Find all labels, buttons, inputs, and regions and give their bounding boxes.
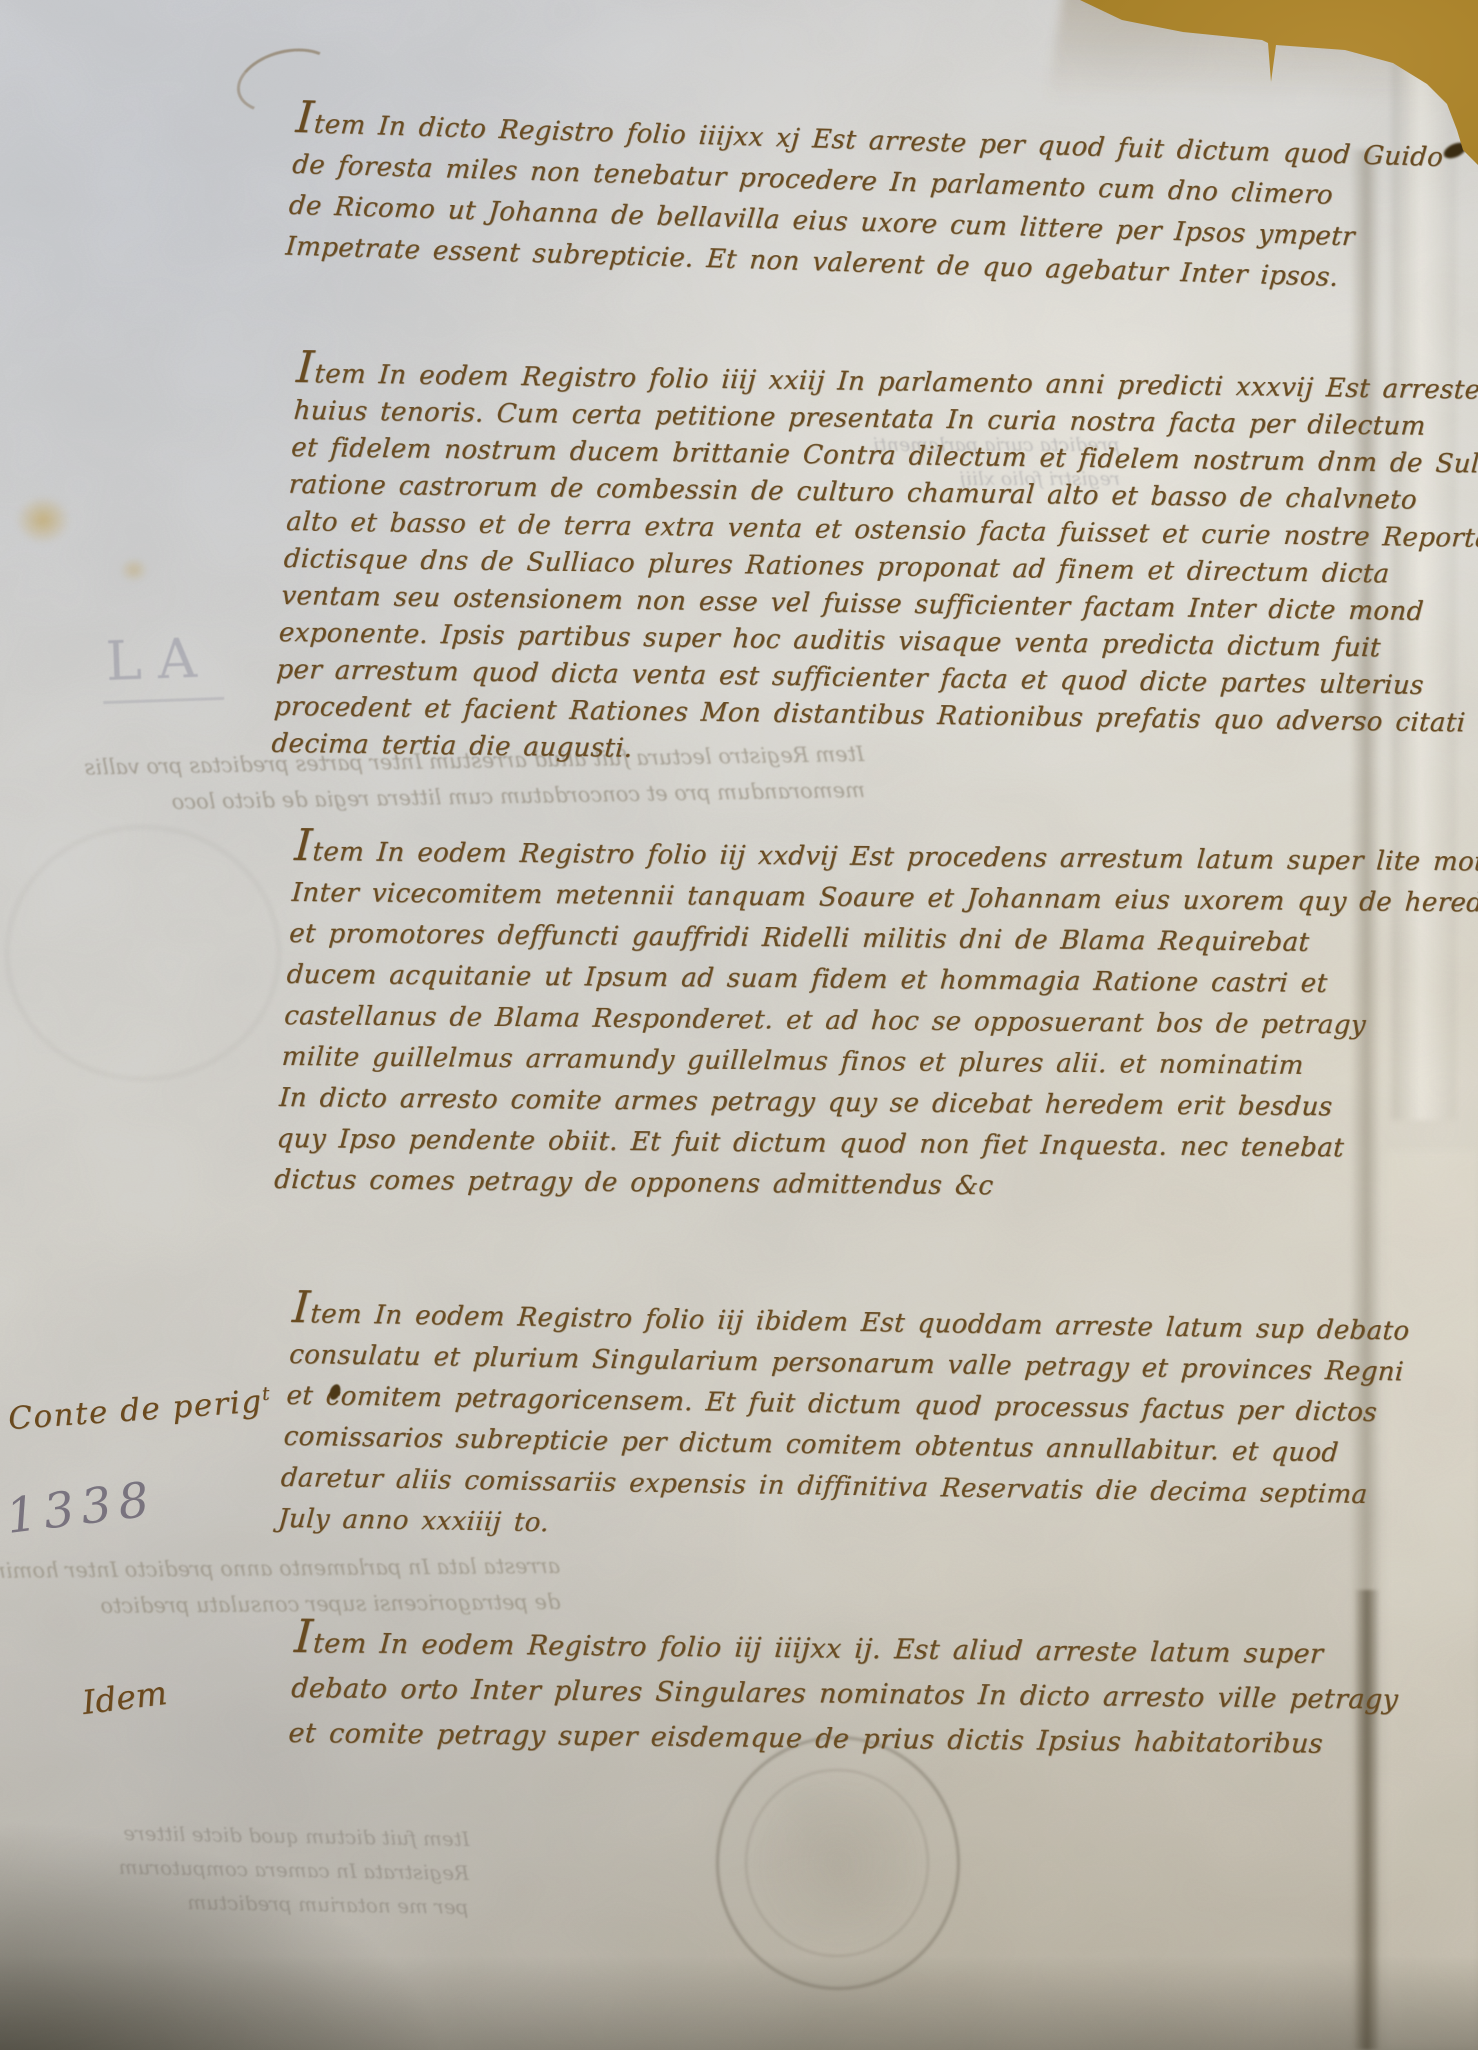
pencil-shelfmark: LA <box>101 626 224 704</box>
yellow-stain-large <box>16 496 70 544</box>
photo-of-manuscript: predicta curia parlamentiregistri folio … <box>0 0 1478 2050</box>
manuscript-entry-2: Item In eodem Registro folio iiij xxiij … <box>270 346 1478 780</box>
manuscript-entry-3: Item In eodem Registro folio iij xxdvij … <box>273 824 1478 1211</box>
manuscript-line: per me notarium predictum <box>118 1884 469 1924</box>
show-through-text-bottom: Item fuit dictum quod dicte littereRegis… <box>118 1816 470 1924</box>
manuscript-entry-5: Item In eodem Registro folio iij iiijxx … <box>287 1614 1403 1768</box>
manuscript-entry-4: Item In eodem Registro folio iij ibidem … <box>277 1286 1412 1557</box>
margin-note-county-text: Conte de perig <box>7 1383 264 1437</box>
manuscript-entry-1: Item In dicto Registro folio iiijxx xj E… <box>284 96 1446 302</box>
margin-note-county: Conte de perigt <box>7 1383 273 1437</box>
bottom-edge-shadow <box>0 1956 1478 2050</box>
round-blind-stamp <box>716 1736 960 1990</box>
faint-seal-impression <box>6 826 280 1080</box>
margin-note-county-superscript: t <box>261 1384 271 1406</box>
yellow-stain-small <box>120 558 148 582</box>
parchment-page: predicta curia parlamentiregistri folio … <box>0 0 1478 2050</box>
manuscript-line: Registrata In camera computorum <box>118 1850 469 1890</box>
